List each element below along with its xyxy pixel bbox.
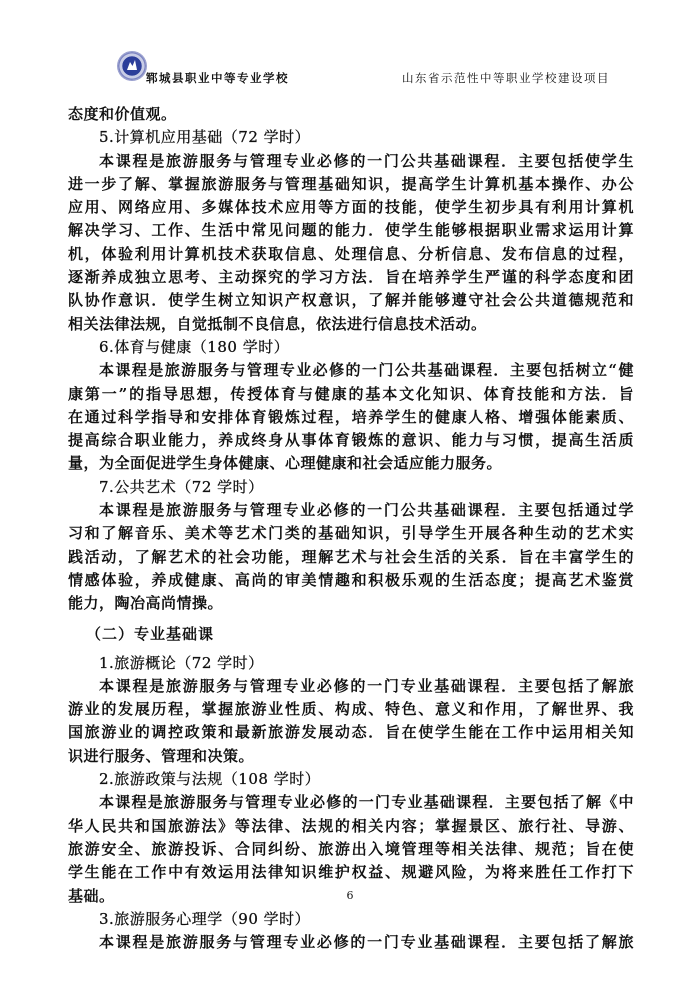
school-name: 郓城县职业中等专业学校 bbox=[146, 70, 289, 86]
course-title: 2.旅游政策与法规（108 学时） bbox=[68, 768, 634, 791]
paragraph-line: 在通过科学指导和安排体育锻炼过程，培养学生的健康人格、增强体能素质、 bbox=[68, 406, 634, 429]
paragraph-line: 情感体验，养成健康、高尚的审美情趣和积极乐观的生活态度；提高艺术鉴赏 bbox=[68, 569, 634, 592]
course-title: 6.体育与健康（180 学时） bbox=[68, 336, 634, 359]
paragraph-line: 本课程是旅游服务与管理专业必修的一门专业基础课程．主要包括了解旅 bbox=[68, 675, 634, 698]
course-title: 3.旅游服务心理学（90 学时） bbox=[68, 908, 634, 931]
paragraph-line: 进一步了解、掌握旅游服务与管理基础知识，提高学生计算机基本操作、办公 bbox=[68, 173, 634, 196]
course-title: 7.公共艺术（72 学时） bbox=[68, 476, 634, 499]
course-title: 5.计算机应用基础（72 学时） bbox=[68, 126, 634, 149]
paragraph-line: 游业的发展历程，掌握旅游业性质、构成、特色、意义和作用，了解世界、我 bbox=[68, 698, 634, 721]
paragraph-line: 旅游安全、旅游投诉、合同纠纷、旅游出入境管理等相关法律、规范；旨在使 bbox=[68, 838, 634, 861]
section-heading: （二）专业基础课 bbox=[68, 616, 634, 652]
paragraph-line: 提高综合职业能力，养成终身从事体育锻炼的意识、能力与习惯，提高生活质 bbox=[68, 429, 634, 452]
paragraph-line: 康第一”的指导思想，传授体育与健康的基本文化知识、体育技能和方法．旨 bbox=[68, 383, 634, 406]
paragraph-continuation: 态度和价值观。 bbox=[68, 103, 634, 126]
paragraph-line: 能力，陶冶高尚情操。 bbox=[68, 592, 634, 615]
paragraph-line: 学生能在工作中有效运用法律知识维护权益、规避风险，为将来胜任工作打下 bbox=[68, 861, 634, 884]
school-logo-icon bbox=[118, 52, 146, 80]
paragraph-line: 量，为全面促进学生身体健康、心理健康和社会适应能力服务。 bbox=[68, 452, 634, 475]
paragraph-line: 习和了解音乐、美术等艺术门类的基础知识，引导学生开展各种生动的艺术实 bbox=[68, 522, 634, 545]
paragraph-line: 解决学习、工作、生活中常见问题的能力．使学生能够根据职业需求运用计算 bbox=[68, 219, 634, 242]
page-header: 郓城县职业中等专业学校 山东省示范性中等职业学校建设项目 bbox=[0, 52, 700, 92]
paragraph-line: 本课程是旅游服务与管理专业必修的一门公共基础课程．主要包括通过学 bbox=[68, 499, 634, 522]
paragraph-line: 逐渐养成独立思考、主动探究的学习方法．旨在培养学生严谨的科学态度和团 bbox=[68, 266, 634, 289]
paragraph-line: 践活动，了解艺术的社会功能，理解艺术与社会生活的关系．旨在丰富学生的 bbox=[68, 546, 634, 569]
paragraph-line: 相关法律法规，自觉抵制不良信息，依法进行信息技术活动。 bbox=[68, 313, 634, 336]
paragraph-line: 本课程是旅游服务与管理专业必修的一门专业基础课程．主要包括了解《中 bbox=[68, 791, 634, 814]
paragraph-line: 本课程是旅游服务与管理专业必修的一门专业基础课程．主要包括了解旅 bbox=[68, 931, 634, 954]
paragraph-line: 识进行服务、管理和决策。 bbox=[68, 745, 634, 768]
paragraph-line: 华人民共和国旅游法》等法律、法规的相关内容；掌握景区、旅行社、导游、 bbox=[68, 815, 634, 838]
page-number: 6 bbox=[0, 889, 700, 902]
paragraph-line: 队协作意识．使学生树立知识产权意识，了解并能够遵守社会公共道德规范和 bbox=[68, 289, 634, 312]
paragraph-line: 本课程是旅游服务与管理专业必修的一门公共基础课程．主要包括树立“健 bbox=[68, 359, 634, 382]
paragraph-line: 应用、网络应用、多媒体技术应用等方面的技能，使学生初步具有利用计算机 bbox=[68, 196, 634, 219]
course-title: 1.旅游概论（72 学时） bbox=[68, 652, 634, 675]
project-name: 山东省示范性中等职业学校建设项目 bbox=[402, 70, 610, 86]
paragraph-line: 机，体验利用计算机技术获取信息、处理信息、分析信息、发布信息的过程， bbox=[68, 243, 634, 266]
paragraph-line: 本课程是旅游服务与管理专业必修的一门公共基础课程．主要包括使学生 bbox=[68, 150, 634, 173]
document-body: 态度和价值观。 5.计算机应用基础（72 学时） 本课程是旅游服务与管理专业必修… bbox=[68, 103, 634, 954]
paragraph-line: 国旅游业的调控政策和最新旅游发展动态．旨在使学生能在工作中运用相关知 bbox=[68, 721, 634, 744]
